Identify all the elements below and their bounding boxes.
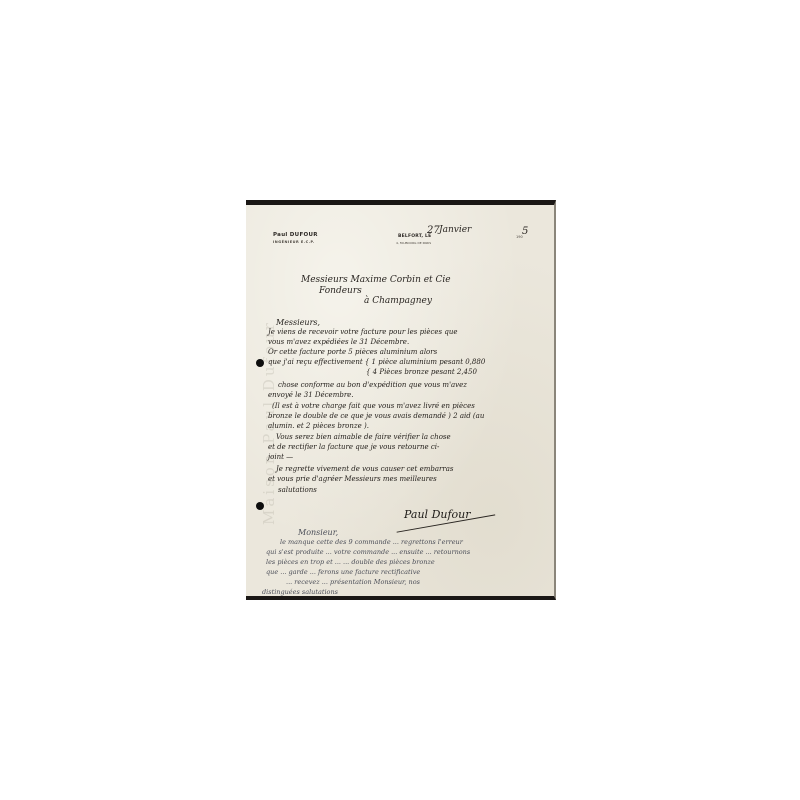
pencil-line: distinguées salutations (262, 589, 338, 596)
body-line: et vous prie d'agréer Messieurs mes meil… (268, 476, 437, 483)
body-line: bronze le double de ce que je vous avais… (268, 413, 484, 420)
pencil-line: Monsieur, (298, 529, 338, 537)
body-line: et de rectifier la facture que je vous r… (268, 444, 439, 451)
body-line: alumin. et 2 pièces bronze ). (268, 423, 369, 430)
recipient-line: Fondeurs (319, 287, 362, 296)
recipient-line: à Champagney (364, 297, 432, 306)
body-line: salutations (278, 487, 317, 494)
pencil-line: que ... garde ... ferons une facture rec… (266, 569, 420, 576)
body-line: que j'ai reçu effectivement { 1 pièce al… (268, 359, 485, 366)
body-line: Je viens de recevoir votre facture pour … (268, 329, 457, 336)
letter-page: Maison Paul Dufour Paul DUFOUR INGÉNIEUR… (246, 200, 556, 600)
pencil-line: le manque cette des 9 commande ... regre… (280, 539, 463, 546)
recipient-line: Messieurs Maxime Corbin et Cie (301, 276, 451, 285)
body-line: vous m'avez expédiées le 31 Décembre. (268, 339, 409, 346)
body-line: envoyé le 31 Décembre. (268, 392, 354, 399)
letterhead-title: INGÉNIEUR E.C.P. (273, 240, 315, 244)
date-day: 27 (427, 226, 440, 236)
date-month: Janvier (439, 226, 471, 235)
body-line: (Il est à votre charge fait que vous m'a… (272, 403, 475, 410)
letterhead-address: 4, FAUBOURG DE PARIS (396, 241, 431, 245)
pencil-line: les pièces en trop et ... ... double des… (266, 559, 435, 566)
body-line: joint — (268, 454, 293, 461)
year-suffix: 5 (522, 227, 528, 237)
body-line: Vous serez bien aimable de faire vérifie… (276, 434, 451, 441)
letterhead-name: Paul DUFOUR (273, 232, 318, 238)
punch-hole (256, 502, 264, 510)
body-line: { 4 Pièces bronze pesant 2,450 (366, 369, 477, 376)
body-line: Messieurs, (276, 319, 320, 327)
pencil-line: ... recevez ... présentation Monsieur, n… (286, 579, 420, 586)
body-line: chose conforme au bon d'expédition que v… (278, 382, 467, 389)
signature: Paul Dufour (404, 509, 471, 520)
punch-hole (256, 359, 264, 367)
pencil-line: qui s'est produite ... votre commande ..… (266, 549, 470, 556)
body-line: Or cette facture porte 5 pièces aluminiu… (268, 349, 437, 356)
body-line: Je regrette vivement de vous causer cet … (276, 466, 454, 473)
